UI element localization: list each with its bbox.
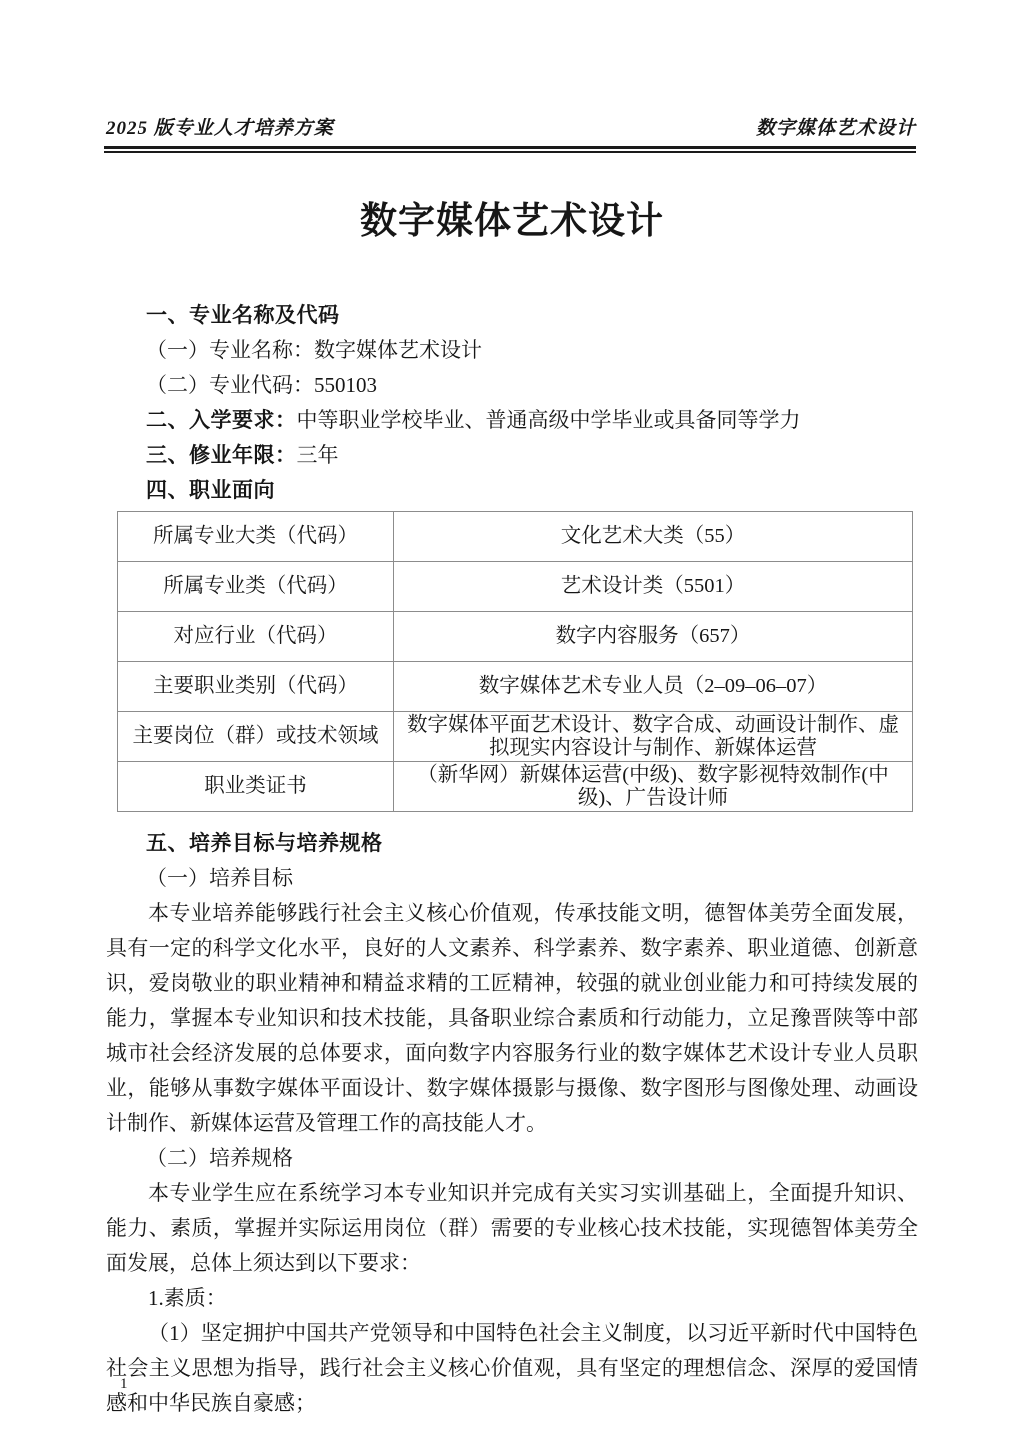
table-row-label: 对应行业（代码） <box>118 612 394 662</box>
table-row-label: 职业类证书 <box>118 762 394 812</box>
table-row-value: 文化艺术大类（55） <box>394 512 913 562</box>
quality-requirement-paragraph: （1）坚定拥护中国共产党领导和中国特色社会主义制度，以习近平新时代中国特色社会主… <box>106 1316 918 1421</box>
section-3-text: 三年 <box>297 443 339 467</box>
table-row-value: （新华网）新媒体运营(中级)、数字影视特效制作(中级)、广告设计师 <box>394 762 913 812</box>
section-3-heading: 三、修业年限： <box>146 444 297 467</box>
table-row-value: 数字内容服务（657） <box>394 612 913 662</box>
section-4-heading: 四、职业面向 <box>106 473 918 508</box>
table-row: 对应行业（代码） 数字内容服务（657） <box>118 612 913 662</box>
section-1-item-major-code: （二）专业代码：550103 <box>106 368 918 403</box>
running-header: 2025 版专业人才培养方案 数字媒体艺术设计 <box>106 117 916 141</box>
document-title: 数字媒体艺术设计 <box>0 202 1024 242</box>
header-double-rule <box>104 146 916 153</box>
table-row-label: 所属专业大类（代码） <box>118 512 394 562</box>
section-2-heading: 二、入学要求： <box>146 409 297 432</box>
table-row-label: 主要职业类别（代码） <box>118 662 394 712</box>
training-objective-paragraph: 本专业培养能够践行社会主义核心价值观，传承技能文明，德智体美劳全面发展，具有一定… <box>106 896 918 1141</box>
header-left-title: 2025 版专业人才培养方案 <box>106 117 334 141</box>
table-row-value: 数字媒体艺术专业人员（2–09–06–07） <box>394 662 913 712</box>
section-5-sub-2: （二）培养规格 <box>106 1141 918 1176</box>
table-row: 职业类证书 （新华网）新媒体运营(中级)、数字影视特效制作(中级)、广告设计师 <box>118 762 913 812</box>
table-row: 所属专业大类（代码） 文化艺术大类（55） <box>118 512 913 562</box>
table-row-value: 艺术设计类（5501） <box>394 562 913 612</box>
section-1-item-major-name: （一）专业名称：数字媒体艺术设计 <box>106 333 918 368</box>
section-3-line: 三、修业年限：三年 <box>106 438 918 473</box>
header-right-title: 数字媒体艺术设计 <box>756 117 916 141</box>
page-number: 1 <box>120 1376 128 1393</box>
quality-item-label: 1.素质： <box>106 1281 918 1316</box>
table-row-label: 所属专业类（代码） <box>118 562 394 612</box>
career-orientation-table: 所属专业大类（代码） 文化艺术大类（55） 所属专业类（代码） 艺术设计类（55… <box>117 511 913 812</box>
training-spec-paragraph: 本专业学生应在系统学习本专业知识并完成有关实习实训基础上，全面提升知识、能力、素… <box>106 1176 918 1281</box>
table-row: 所属专业类（代码） 艺术设计类（5501） <box>118 562 913 612</box>
section-2-text: 中等职业学校毕业、普通高级中学毕业或具备同等学力 <box>297 408 801 432</box>
section-1-heading: 一、专业名称及代码 <box>106 298 918 333</box>
section-5-heading: 五、培养目标与培养规格 <box>106 826 918 861</box>
table-row: 主要岗位（群）或技术领域 数字媒体平面艺术设计、数字合成、动画设计制作、虚拟现实… <box>118 712 913 762</box>
table-row-value: 数字媒体平面艺术设计、数字合成、动画设计制作、虚拟现实内容设计与制作、新媒体运营 <box>394 712 913 762</box>
document-page: 2025 版专业人才培养方案 数字媒体艺术设计 数字媒体艺术设计 一、专业名称及… <box>0 0 1024 1448</box>
section-5-sub-1: （一）培养目标 <box>106 861 918 896</box>
table-row-label: 主要岗位（群）或技术领域 <box>118 712 394 762</box>
section-2-line: 二、入学要求：中等职业学校毕业、普通高级中学毕业或具备同等学力 <box>106 403 918 438</box>
table-row: 主要职业类别（代码） 数字媒体艺术专业人员（2–09–06–07） <box>118 662 913 712</box>
document-body: 一、专业名称及代码 （一）专业名称：数字媒体艺术设计 （二）专业代码：55010… <box>106 298 918 1421</box>
